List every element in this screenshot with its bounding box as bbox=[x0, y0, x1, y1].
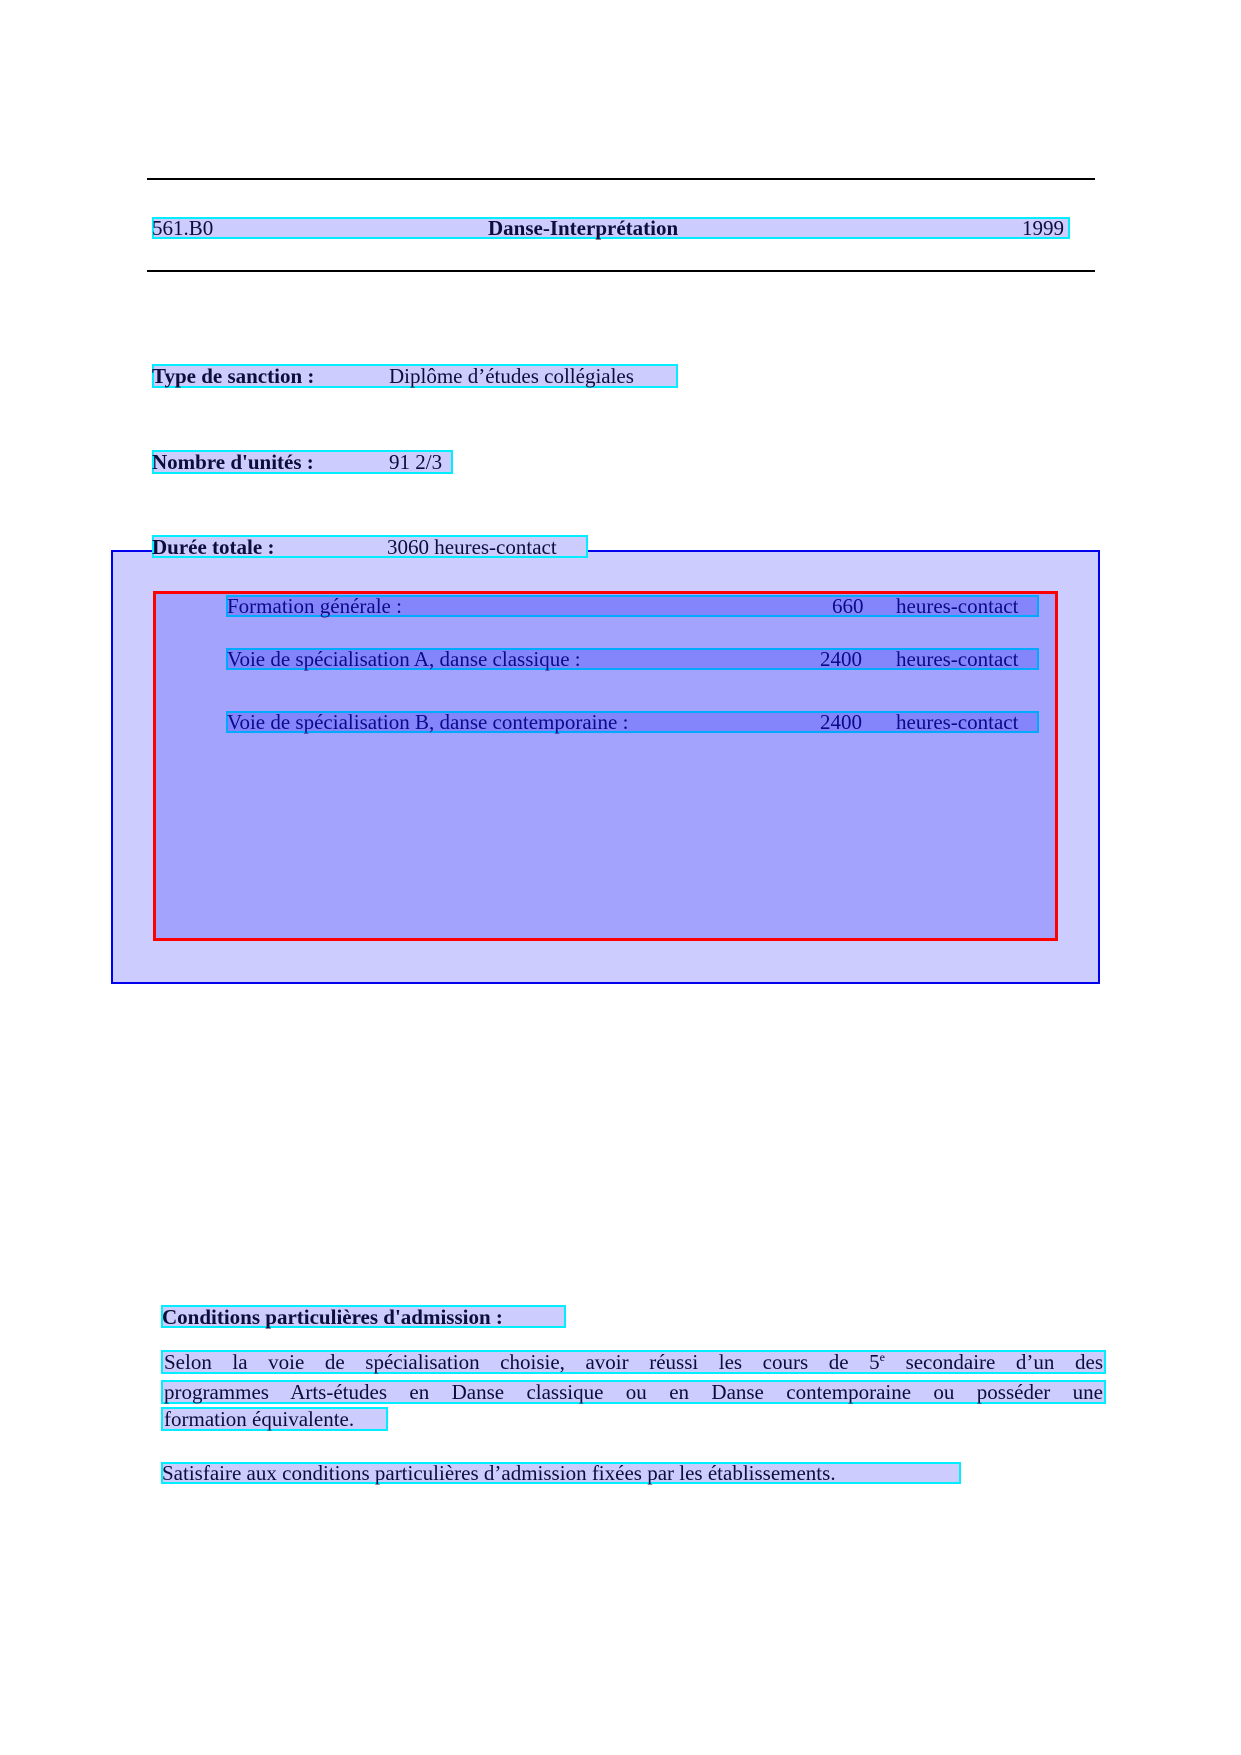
hours-breakdown-frame bbox=[153, 591, 1058, 941]
field-sanction-value: Diplôme d’études collégiales bbox=[389, 365, 634, 387]
breakdown-label: Formation générale : bbox=[227, 596, 402, 616]
breakdown-hours: 2400 bbox=[820, 712, 862, 732]
field-duration-value: 3060 heures-contact bbox=[387, 536, 557, 558]
line1-start: Selon la voie de spécialisation choisie,… bbox=[164, 1350, 880, 1374]
paragraph-line: formation équivalente. bbox=[161, 1407, 388, 1431]
admission-paragraph-2: Satisfaire aux conditions particulières … bbox=[162, 1462, 836, 1484]
breakdown-hours: 2400 bbox=[820, 649, 862, 669]
program-title: Danse-Interprétation bbox=[488, 217, 678, 239]
field-units-label: Nombre d'unités : bbox=[152, 451, 314, 473]
program-year: 1999 bbox=[1022, 217, 1064, 239]
top-rule bbox=[147, 178, 1095, 180]
line2: programmes Arts-études en Danse classiqu… bbox=[163, 1382, 1104, 1402]
field-sanction-label: Type de sanction : bbox=[152, 365, 314, 387]
breakdown-label: Voie de spécialisation A, danse classiqu… bbox=[227, 649, 581, 669]
bottom-rule bbox=[147, 270, 1095, 272]
admission-heading: Conditions particulières d'admission : bbox=[162, 1306, 503, 1328]
field-duration-label: Durée totale : bbox=[152, 536, 274, 558]
paragraph-line: programmes Arts-études en Danse classiqu… bbox=[161, 1380, 1106, 1404]
breakdown-unit: heures-contact bbox=[896, 596, 1018, 616]
breakdown-unit: heures-contact bbox=[896, 712, 1018, 732]
breakdown-hours: 660 bbox=[832, 596, 864, 616]
field-units-value: 91 2/3 bbox=[389, 451, 442, 473]
line3: formation équivalente. bbox=[163, 1409, 386, 1429]
line1-end: secondaire d’un des bbox=[885, 1350, 1103, 1374]
program-code: 561.B0 bbox=[152, 217, 213, 239]
breakdown-unit: heures-contact bbox=[896, 649, 1018, 669]
paragraph-line: Selon la voie de spécialisation choisie,… bbox=[161, 1350, 1106, 1374]
breakdown-label: Voie de spécialisation B, danse contempo… bbox=[227, 712, 628, 732]
